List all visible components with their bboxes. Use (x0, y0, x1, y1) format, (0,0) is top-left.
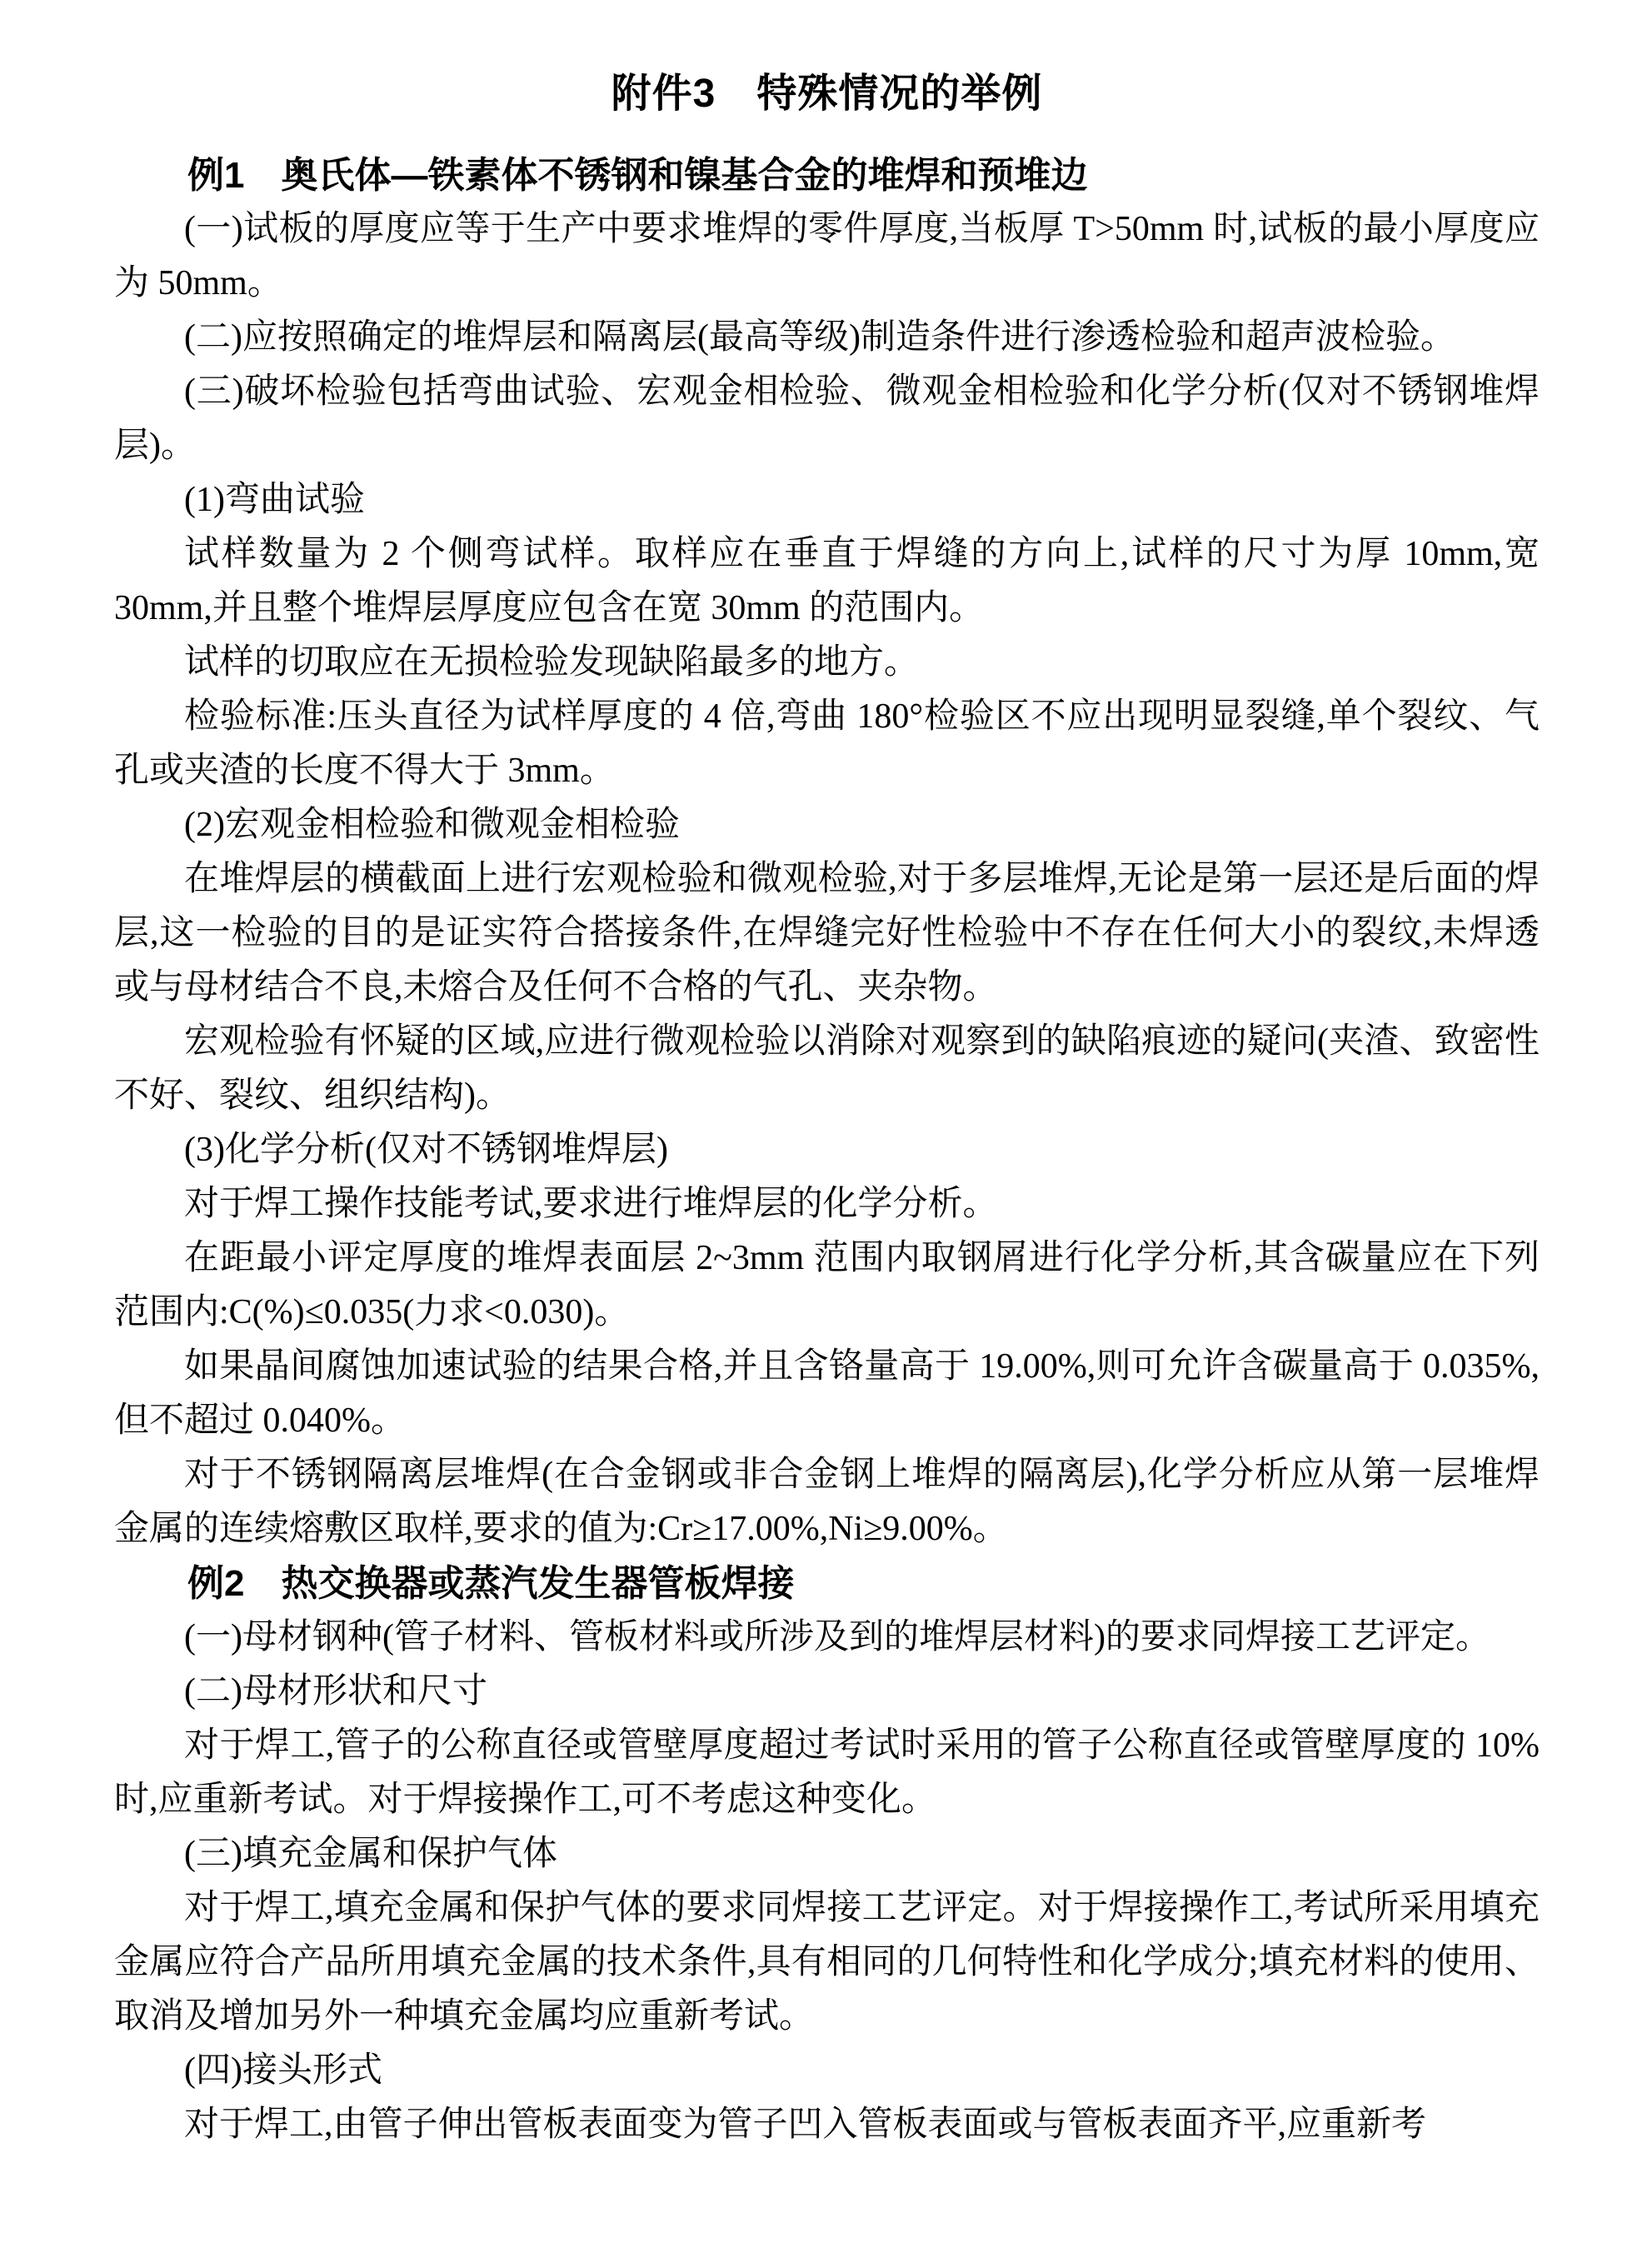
paragraph: (一)试板的厚度应等于生产中要求堆焊的零件厚度,当板厚 T>50mm 时,试板的… (114, 202, 1540, 311)
paragraph: (一)母材钢种(管子材料、管板材料或所涉及到的堆焊层材料)的要求同焊接工艺评定。 (114, 1611, 1540, 1665)
paragraph: 如果晶间腐蚀加速试验的结果合格,并且含铬量高于 19.00%,则可允许含碳量高于… (114, 1340, 1540, 1448)
paragraph: (三)填充金属和保护气体 (114, 1827, 1540, 1881)
paragraph: (二)应按照确定的堆焊层和隔离层(最高等级)制造条件进行渗透检验和超声波检验。 (114, 311, 1540, 365)
paragraph: 对于焊工,填充金属和保护气体的要求同焊接工艺评定。对于焊接操作工,考试所采用填充… (114, 1881, 1540, 2044)
paragraph: (3)化学分析(仅对不锈钢堆焊层) (114, 1123, 1540, 1177)
document-title: 附件3 特殊情况的举例 (114, 67, 1540, 121)
paragraph: 宏观检验有怀疑的区域,应进行微观检验以消除对观察到的缺陷痕迹的疑问(夹渣、致密性… (114, 1015, 1540, 1123)
paragraph: 在堆焊层的横截面上进行宏观检验和微观检验,对于多层堆焊,无论是第一层还是后面的焊… (114, 852, 1540, 1015)
paragraph: 对于焊工操作技能考试,要求进行堆焊层的化学分析。 (114, 1177, 1540, 1231)
paragraph: (三)破坏检验包括弯曲试验、宏观金相检验、微观金相检验和化学分析(仅对不锈钢堆焊… (114, 365, 1540, 473)
paragraph: (四)接头形式 (114, 2044, 1540, 2098)
paragraph: 对于焊工,由管子伸出管板表面变为管子凹入管板表面或与管板表面齐平,应重新考 (114, 2098, 1540, 2152)
paragraph: 试样的切取应在无损检验发现缺陷最多的地方。 (114, 636, 1540, 690)
paragraph: (2)宏观金相检验和微观金相检验 (114, 798, 1540, 852)
paragraph: (1)弯曲试验 (114, 473, 1540, 527)
paragraph: 检验标准:压头直径为试样厚度的 4 倍,弯曲 180°检验区不应出现明显裂缝,单… (114, 690, 1540, 798)
paragraph: 在距最小评定厚度的堆焊表面层 2~3mm 范围内取钢屑进行化学分析,其含碳量应在… (114, 1231, 1540, 1340)
paragraph: 试样数量为 2 个侧弯试样。取样应在垂直于焊缝的方向上,试样的尺寸为厚 10mm… (114, 527, 1540, 636)
paragraph: 对于焊工,管子的公称直径或管壁厚度超过考试时采用的管子公称直径或管壁厚度的 10… (114, 1719, 1540, 1827)
section-heading: 例2 热交换器或蒸汽发生器管板焊接 (114, 1556, 1540, 1611)
paragraph: (二)母材形状和尺寸 (114, 1665, 1540, 1719)
document-body: 例1 奥氏体—铁素体不锈钢和镍基合金的堆焊和预堆边(一)试板的厚度应等于生产中要… (114, 148, 1540, 2152)
section-heading: 例1 奥氏体—铁素体不锈钢和镍基合金的堆焊和预堆边 (114, 148, 1540, 202)
document-page: 附件3 特殊情况的举例 例1 奥氏体—铁素体不锈钢和镍基合金的堆焊和预堆边(一)… (0, 0, 1652, 2243)
paragraph: 对于不锈钢隔离层堆焊(在合金钢或非合金钢上堆焊的隔离层),化学分析应从第一层堆焊… (114, 1448, 1540, 1556)
